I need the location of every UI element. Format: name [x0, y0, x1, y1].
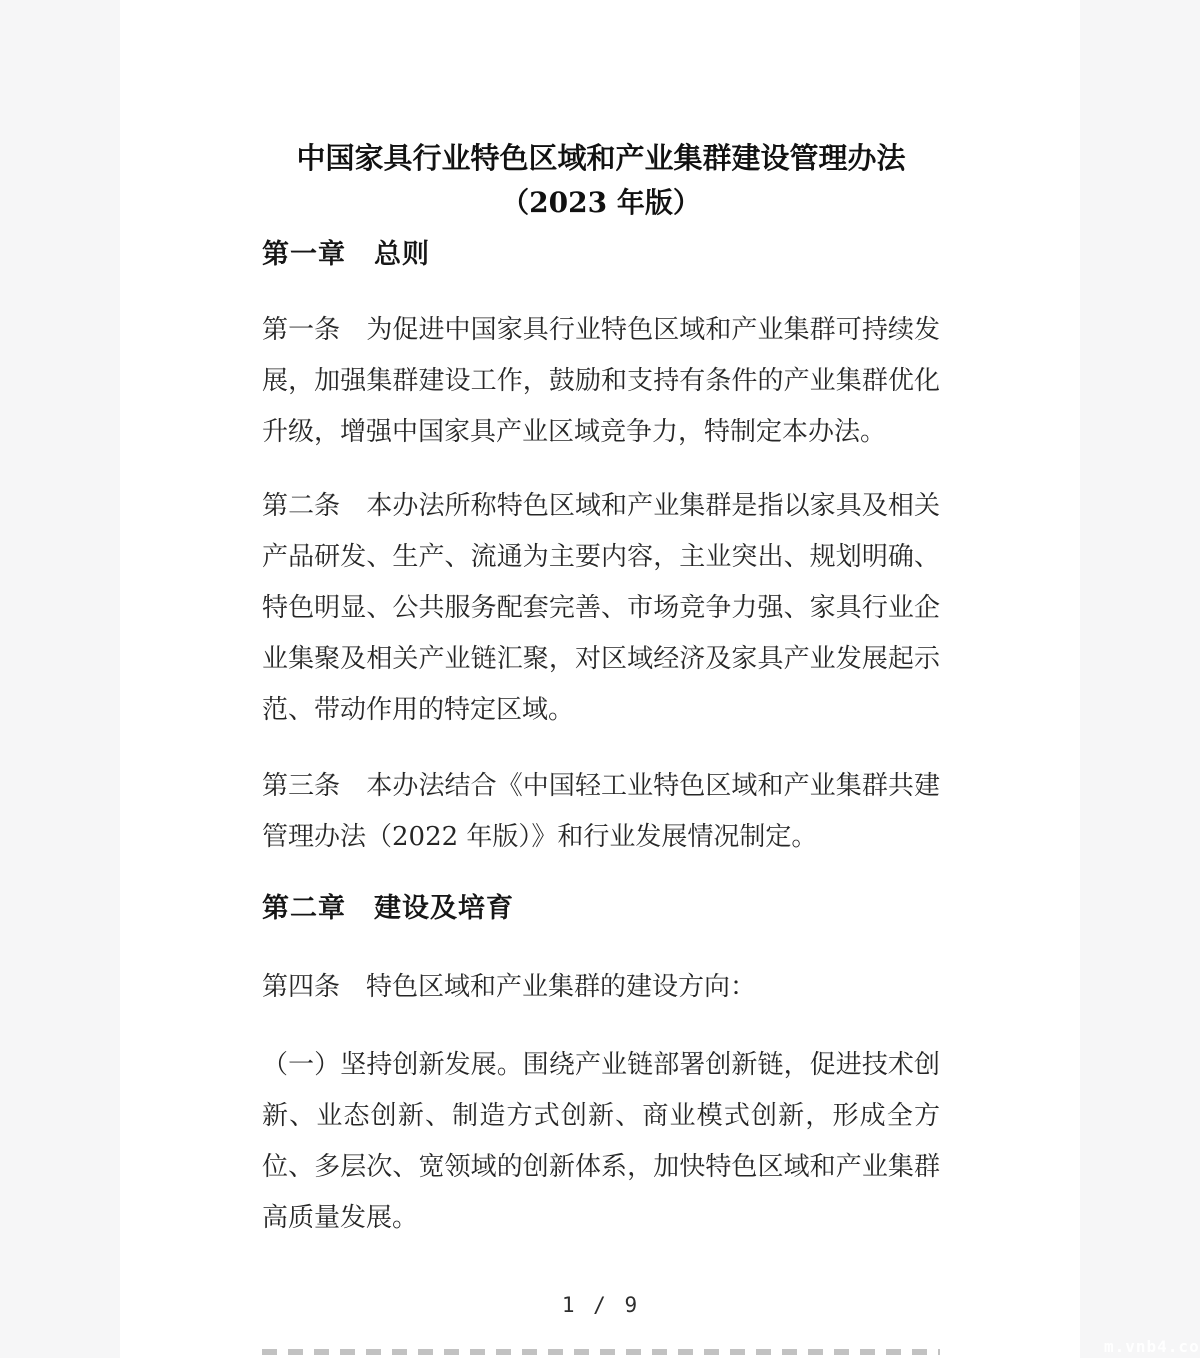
chapter-2-heading: 第二章 建设及培育	[262, 889, 940, 929]
article-1-paragraph: 第一条 为促进中国家具行业特色区域和产业集群可持续发展，加强集群建设工作，鼓励和…	[262, 305, 940, 458]
document-page: 中国家具行业特色区域和产业集群建设管理办法 （2023 年版） 第一章 总则 第…	[120, 0, 1080, 1358]
document-title: 中国家具行业特色区域和产业集群建设管理办法	[262, 137, 940, 179]
chapter-1-heading: 第一章 总则	[262, 235, 940, 275]
item-1-paragraph: （一）坚持创新发展。围绕产业链部署创新链，促进技术创新、业态创新、制造方式创新、…	[262, 1040, 940, 1244]
article-3-paragraph: 第三条 本办法结合《中国轻工业特色区域和产业集群共建管理办法（2022 年版）》…	[262, 761, 940, 863]
clipped-next-line	[262, 1349, 940, 1355]
watermark-text: m.vnb4.com	[1104, 1337, 1200, 1356]
document-content: 中国家具行业特色区域和产业集群建设管理办法 （2023 年版） 第一章 总则 第…	[120, 137, 1080, 1317]
page-indicator: 1 / 9	[262, 1293, 940, 1317]
article-4-paragraph: 第四条 特色区域和产业集群的建设方向：	[262, 962, 940, 1013]
document-subtitle: （2023 年版）	[262, 183, 940, 223]
article-2-paragraph: 第二条 本办法所称特色区域和产业集群是指以家具及相关产品研发、生产、流通为主要内…	[262, 481, 940, 736]
